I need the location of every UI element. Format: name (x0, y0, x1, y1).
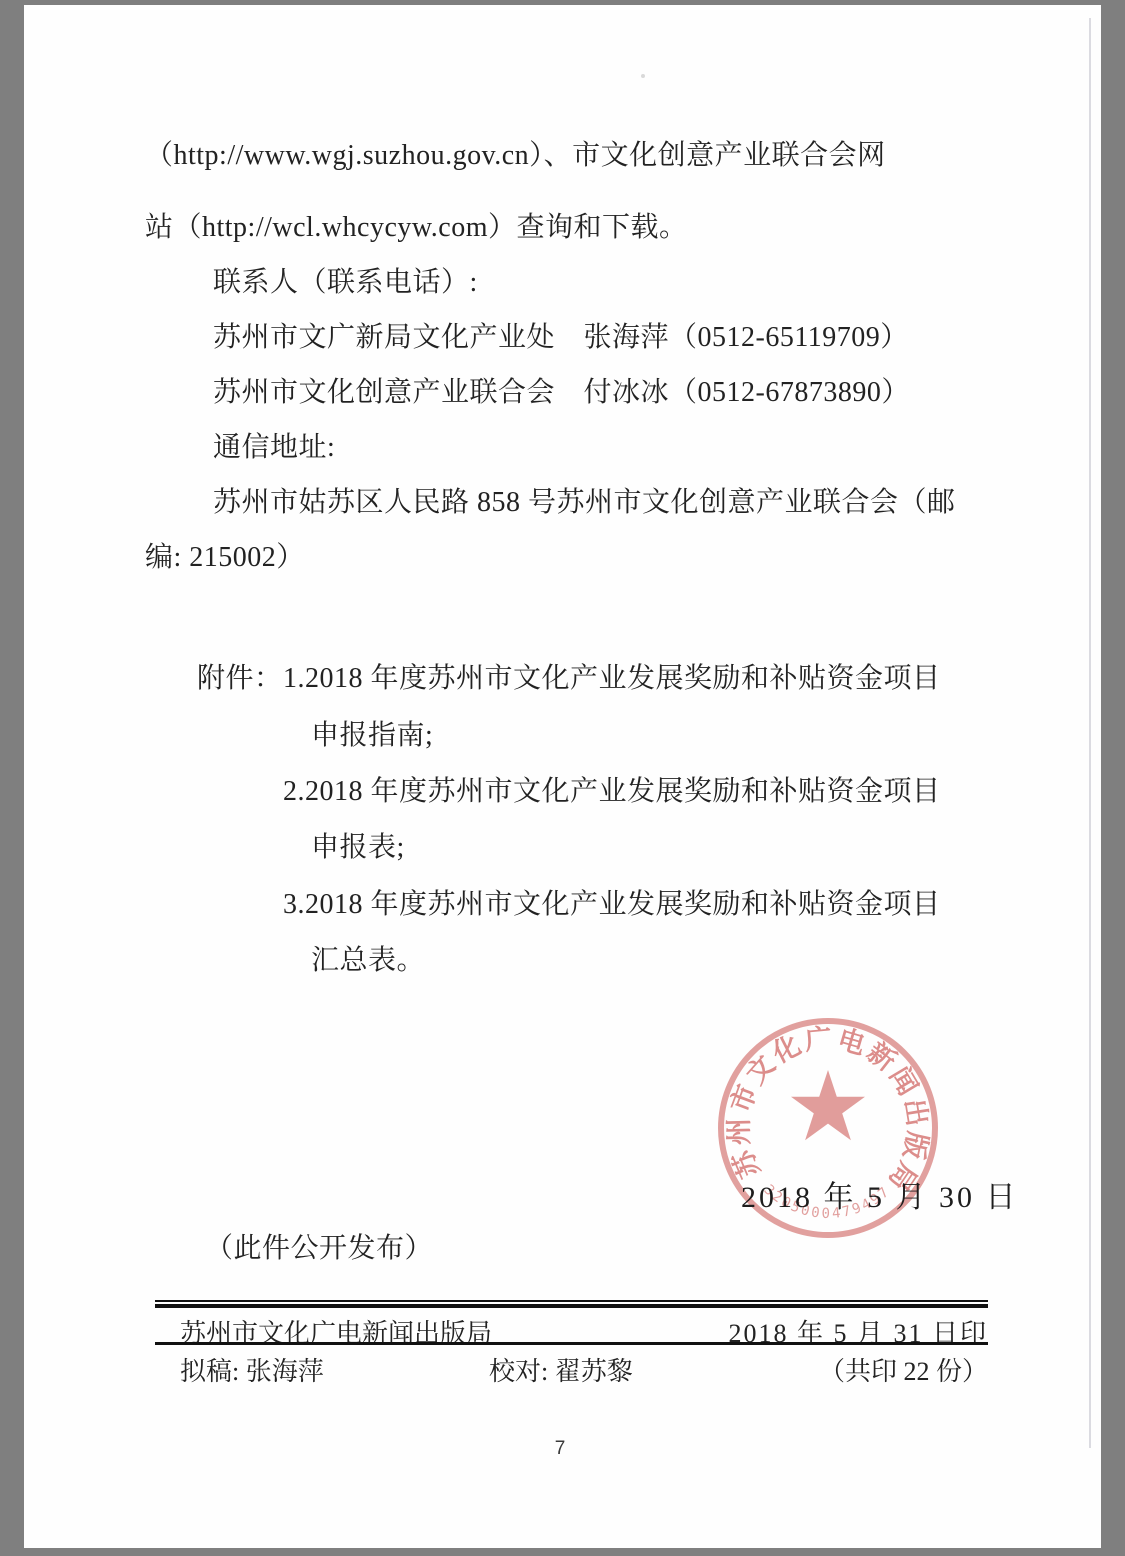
address-line-2: 编: 215002） (145, 540, 305, 576)
footer-rule-middle (155, 1342, 988, 1345)
attachment-3-line-1: 3.2018 年度苏州市文化产业发展奖励和补贴资金项目 (283, 887, 941, 923)
contact-line-1: 苏州市文广新局文化产业处 张海萍（0512-65119709） (213, 320, 909, 356)
attachment-2-line-2: 申报表; (311, 830, 405, 866)
scan-edge-artifact (1089, 18, 1091, 1448)
signoff-date: 2018 年 5 月 30 日 (741, 1172, 1019, 1216)
contact-line-2: 苏州市文化创意产业联合会 付冰冰（0512-67873890） (213, 375, 910, 411)
attachment-3-line-2: 汇总表。 (311, 943, 425, 979)
scanned-document-canvas: （http://www.wgj.suzhou.gov.cn）、市文化创意产业联合… (0, 0, 1125, 1556)
footer-drafter: 拟稿: 张海萍 (180, 1351, 324, 1388)
scan-speck (641, 74, 645, 78)
attachment-1-line-1: 1.2018 年度苏州市文化产业发展奖励和补贴资金项目 (283, 661, 941, 697)
address-heading: 通信地址: (213, 430, 335, 466)
footer-rule-top-thin (155, 1300, 988, 1302)
public-release-note: （此件公开发布） (205, 1231, 433, 1267)
attachment-2-line-1: 2.2018 年度苏州市文化产业发展奖励和补贴资金项目 (283, 774, 941, 810)
attachment-1-line-2: 申报指南; (311, 718, 433, 754)
footer-rule-top-thick (155, 1304, 988, 1308)
body-url-line-1: （http://www.wgj.suzhou.gov.cn）、市文化创意产业联合… (145, 138, 886, 174)
contact-heading: 联系人（联系电话）: (213, 265, 478, 301)
footer-copies: （共印 22 份） (738, 1351, 988, 1388)
seal-star-icon (791, 1070, 865, 1140)
footer-proofreader: 校对: 翟苏黎 (489, 1351, 633, 1388)
body-url-line-2: 站（http://wcl.whcycyw.com）查询和下载。 (145, 210, 688, 246)
page-number: 7 (540, 1438, 580, 1460)
attachments-label: 附件： (197, 661, 283, 697)
address-line-1: 苏州市姑苏区人民路 858 号苏州市文化创意产业联合会（邮 (213, 485, 956, 521)
